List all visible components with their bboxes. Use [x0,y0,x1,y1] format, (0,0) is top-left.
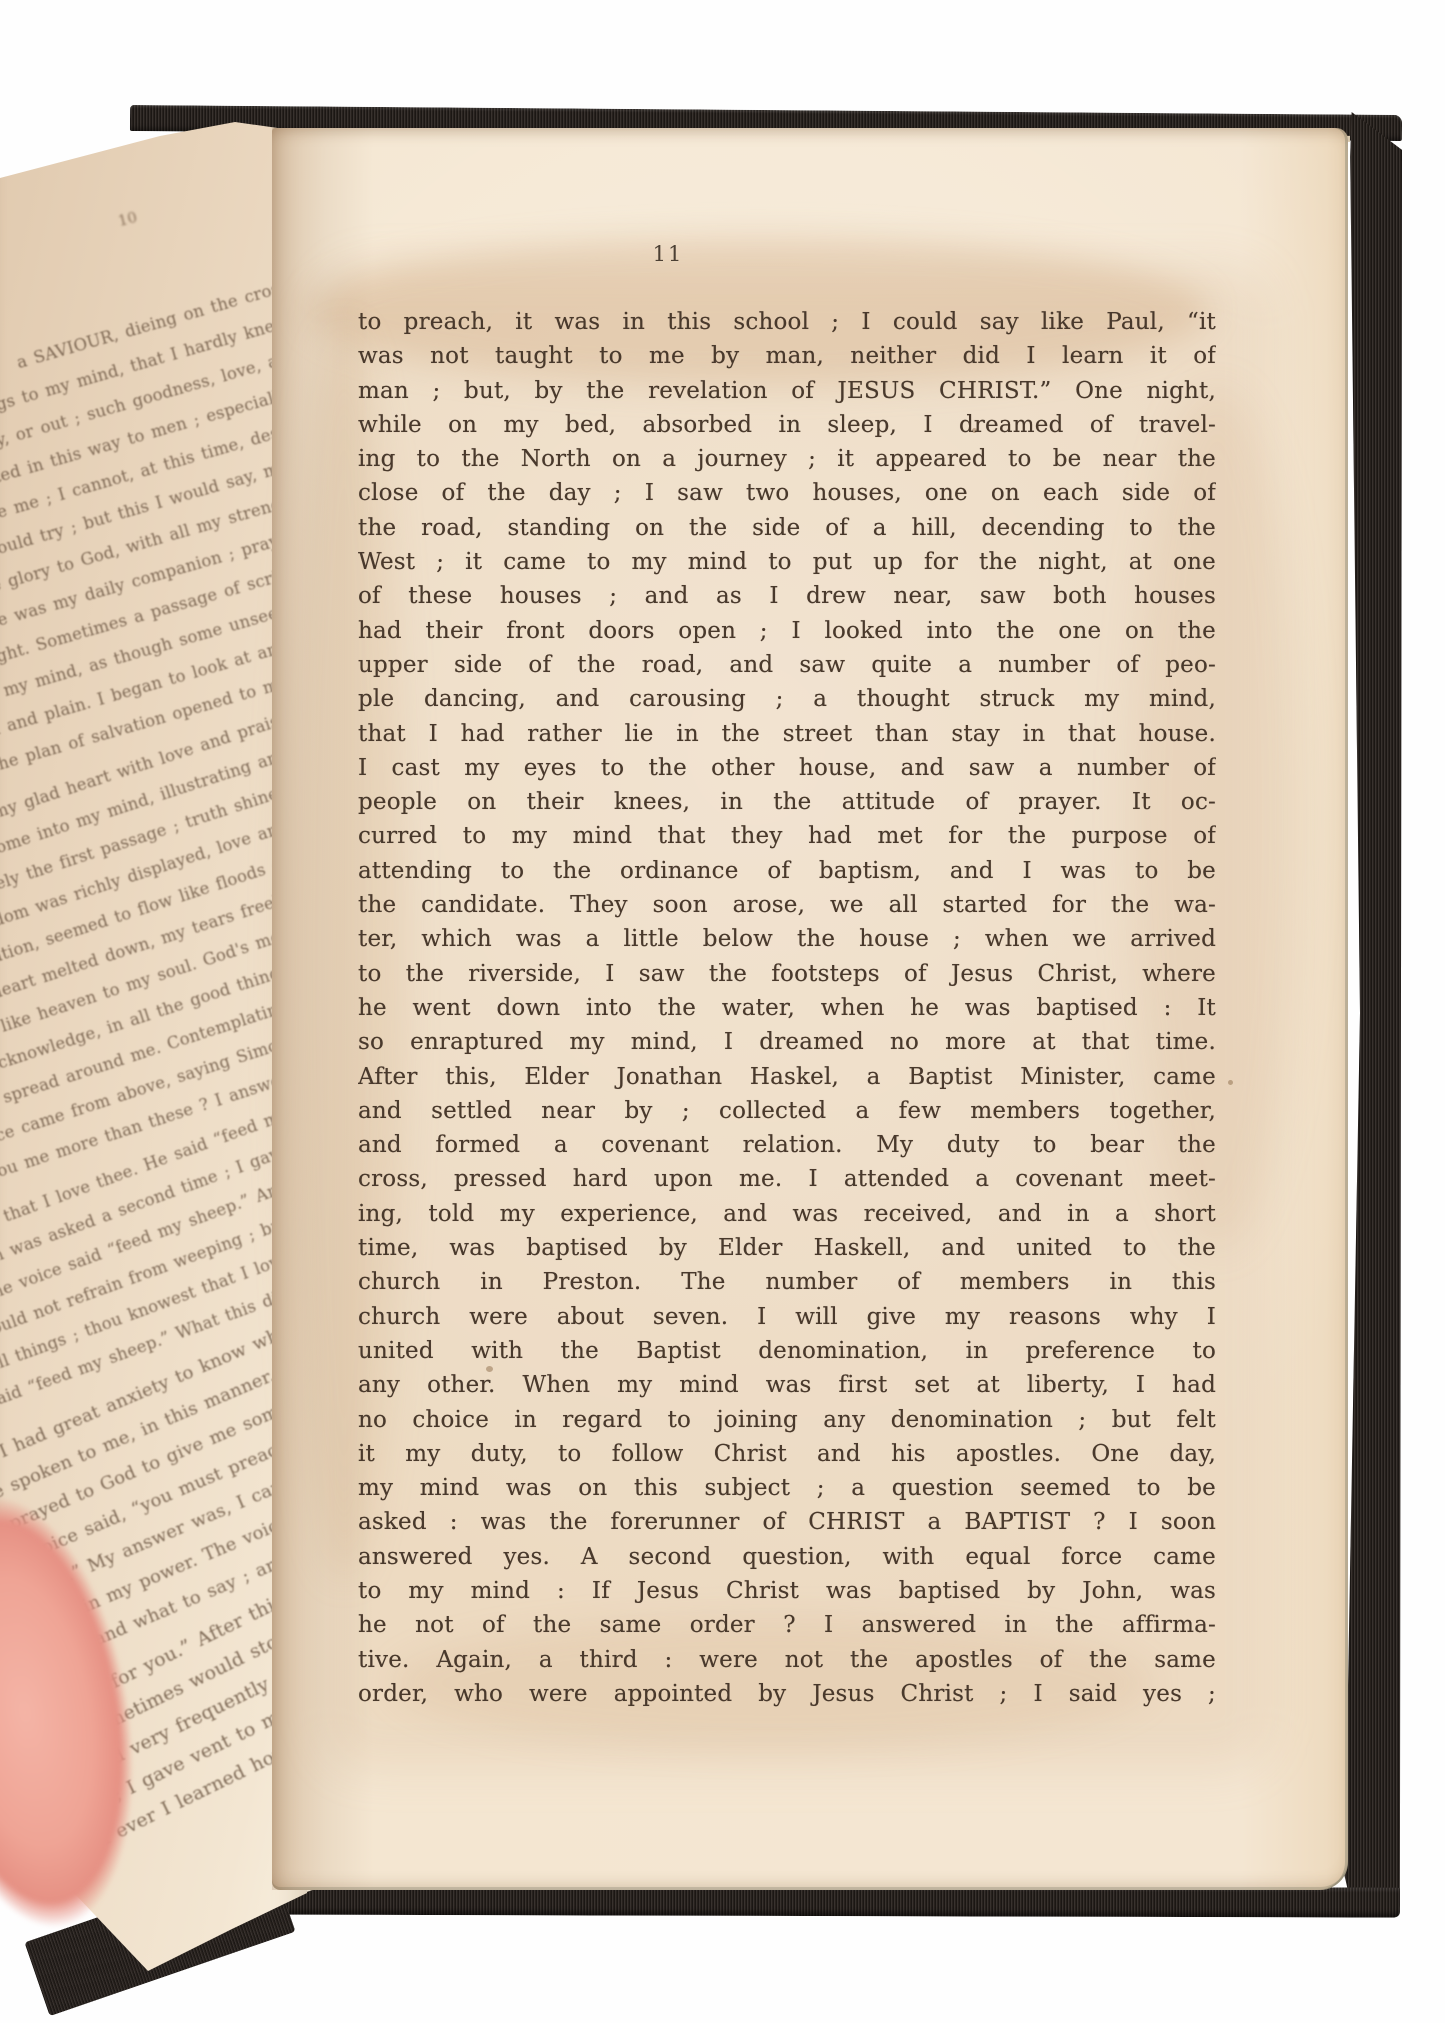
text-line: ple dancing, and carousing ; a thought s… [358,682,1216,716]
right-page-text: to preach, it was in this school ; I cou… [358,305,1216,1711]
open-book-photo: 10 a SAVIOUR, dieing on the crossthings … [0,0,1445,2023]
text-line: my mind was on this subject ; a question… [358,1471,1216,1505]
text-line: man ; but, by the revelation of JESUS CH… [358,374,1216,408]
text-line: united with the Baptist denomination, in… [358,1334,1216,1368]
text-line: no choice in regard to joining any denom… [358,1403,1216,1437]
text-line: of these houses ; and as I drew near, sa… [358,579,1216,613]
text-line: and settled near by ; collected a few me… [358,1094,1216,1128]
text-line: answered yes. A second question, with eq… [358,1540,1216,1574]
text-line: to the riverside, I saw the footsteps of… [358,957,1216,991]
text-line: and formed a covenant relation. My duty … [358,1128,1216,1162]
text-line: he not of the same order ? I answered in… [358,1608,1216,1642]
text-line: while on my bed, absorbed in sleep, I dr… [358,408,1216,442]
text-line: to my mind : If Jesus Christ was baptise… [358,1574,1216,1608]
text-line: curred to my mind that they had met for … [358,819,1216,853]
text-line: the road, standing on the side of a hill… [358,511,1216,545]
text-line: he went down into the water, when he was… [358,991,1216,1025]
text-line: ing to the North on a journey ; it appea… [358,442,1216,476]
text-line: ing, told my experience, and was receive… [358,1197,1216,1231]
text-line: church in Preston. The number of members… [358,1265,1216,1299]
text-line: cross, pressed hard upon me. I attended … [358,1162,1216,1196]
text-line: so enraptured my mind, I dreamed no more… [358,1025,1216,1059]
left-page-number: 10 [116,208,139,230]
text-line: the candidate. They soon arose, we all s… [358,888,1216,922]
text-line: asked : was the forerunner of CHRIST a B… [358,1505,1216,1539]
text-line: tive. Again, a third : were not the apos… [358,1643,1216,1677]
text-line: attending to the ordinance of baptism, a… [358,854,1216,888]
text-line: church were about seven. I will give my … [358,1300,1216,1334]
text-line: it my duty, to follow Christ and his apo… [358,1437,1216,1471]
right-page: 11 to preach, it was in this school ; I … [272,128,1348,1890]
paper-speck [1228,1080,1233,1085]
text-line: ter, which was a little below the house … [358,922,1216,956]
text-line: people on their knees, in the attitude o… [358,785,1216,819]
text-line: order, who were appointed by Jesus Chris… [358,1677,1216,1711]
text-line: was not taught to me by man, neither did… [358,339,1216,373]
text-line: close of the day ; I saw two houses, one… [358,476,1216,510]
text-line: had their front doors open ; I looked in… [358,614,1216,648]
text-line: After this, Elder Jonathan Haskel, a Bap… [358,1060,1216,1094]
right-page-number: 11 [644,242,692,266]
text-line: upper side of the road, and saw quite a … [358,648,1216,682]
text-line: any other. When my mind was first set at… [358,1368,1216,1402]
text-line: to preach, it was in this school ; I cou… [358,305,1216,339]
text-line: West ; it came to my mind to put up for … [358,545,1216,579]
text-line: time, was baptised by Elder Haskell, and… [358,1231,1216,1265]
text-line: I cast my eyes to the other house, and s… [358,751,1216,785]
text-line: that I had rather lie in the street than… [358,717,1216,751]
